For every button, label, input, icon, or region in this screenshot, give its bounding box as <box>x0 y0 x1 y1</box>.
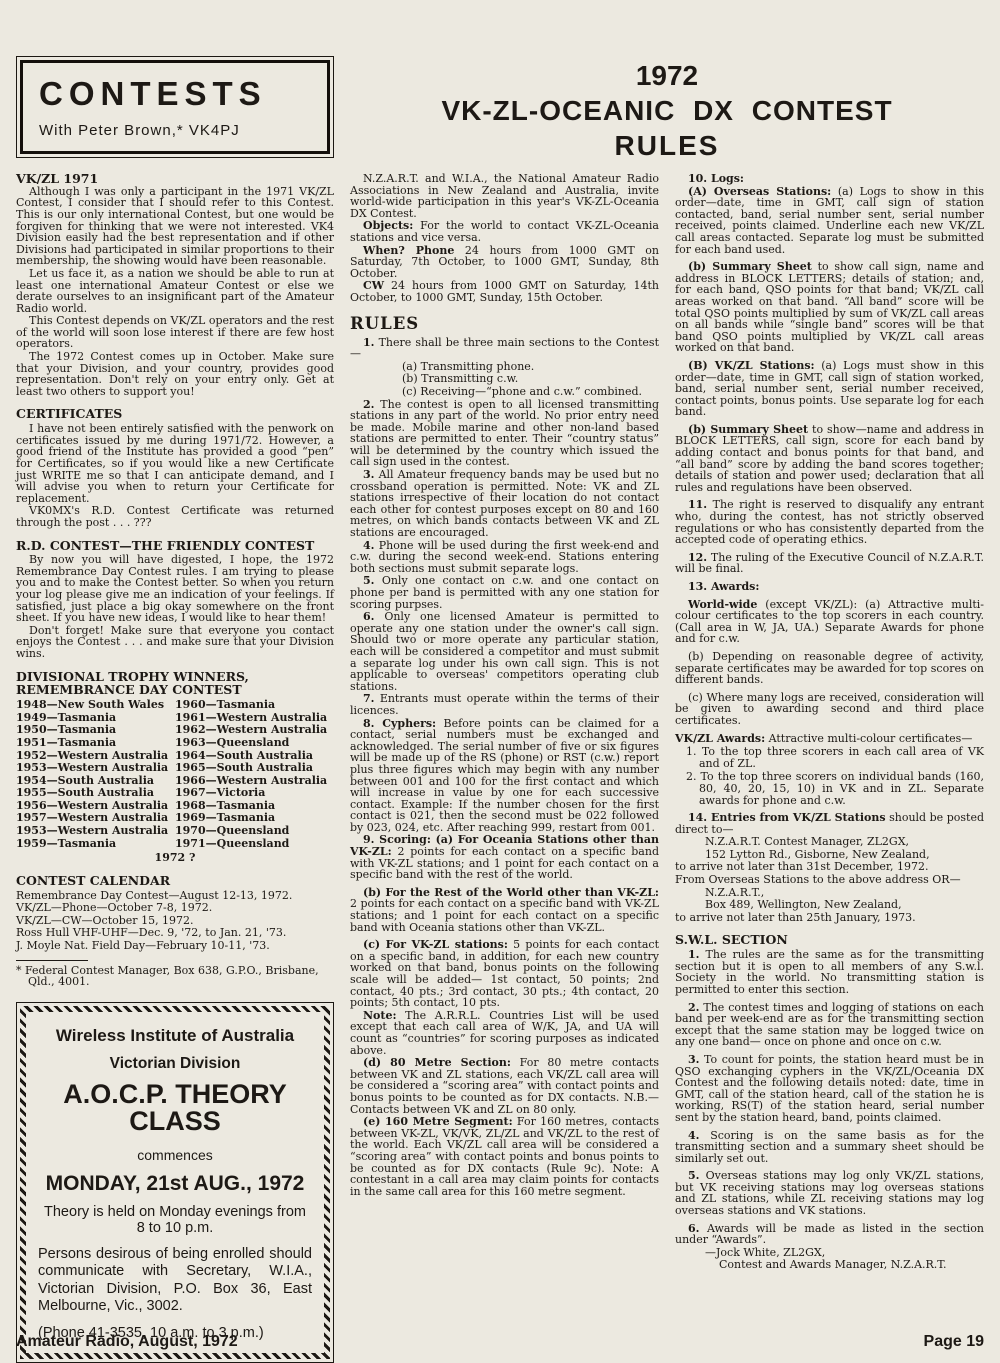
paragraph: VK0MX's R.D. Contest Certificate was ret… <box>16 505 334 528</box>
footer-page-number: Page 19 <box>924 1333 984 1351</box>
trophy-row: 1953—Western Australia1970—Queensland <box>16 825 334 837</box>
rule-paragraph: (b) Summary Sheet to show call sign, nam… <box>675 261 984 354</box>
trophy-winners-heading-line1: DIVISIONAL TROPHY WINNERS, <box>16 670 334 684</box>
right-column: 10. Logs: (A) Overseas Stations: (a) Log… <box>675 173 984 1272</box>
rule-paragraph: Note: The A.R.R.L. Countries List will b… <box>350 1010 659 1056</box>
calendar-item: VK/ZL—Phone—October 7-8, 1972. <box>16 902 334 914</box>
paragraph-text: N.Z.A.R.T. and W.I.A., the National Amat… <box>350 172 659 220</box>
page-columns: CONTESTS With Peter Brown,* VK4PJ VK/ZL … <box>0 0 1000 1363</box>
rule-paragraph: (c) Where many logs are received, consid… <box>675 692 984 727</box>
paragraph: I have not been entirely satisfied with … <box>16 423 334 504</box>
address-line: to arrive not later than 31st December, … <box>675 861 984 873</box>
address-line: to arrive not later than 25th January, 1… <box>675 912 984 924</box>
paragraph: Objects: For the world to contact VK-ZL-… <box>350 220 659 243</box>
rule-text: For 160 metres, contacts between VK-ZL, … <box>350 1115 659 1198</box>
rule-number: 13. Awards: <box>688 580 759 593</box>
article-title-year: 1972 <box>350 58 984 93</box>
theory-class-ad-inner: Wireless Institute of Australia Victoria… <box>20 1006 330 1359</box>
rule-paragraph: (A) Overseas Stations: (a) Logs to show … <box>675 186 984 256</box>
theory-class-advertisement: Wireless Institute of Australia Victoria… <box>16 1002 334 1363</box>
rule-paragraph: 12. The ruling of the Executive Council … <box>675 552 984 575</box>
rule-paragraph: World-wide (except VK/ZL): (a) Attractiv… <box>675 599 984 645</box>
trophy-cell: 1967—Victoria <box>175 787 334 799</box>
page-footer: Amateur Radio, August, 1972 Page 19 <box>16 1333 984 1351</box>
trophy-cell: 1963—Queensland <box>175 737 334 749</box>
swl-paragraph: 2. The contest times and logging of stat… <box>675 1002 984 1048</box>
rule-text: Only one contact on c.w. and one contact… <box>350 574 659 610</box>
trophy-cell: 1962—Western Australia <box>175 724 334 736</box>
footnote-divider <box>16 960 88 961</box>
paragraph: The 1972 Contest comes up in October. Ma… <box>16 351 334 397</box>
contest-calendar-list: Remembrance Day Contest—August 12-13, 19… <box>16 890 334 952</box>
rule-text: to show—name and address in BLOCK LETTER… <box>675 423 984 494</box>
ad-title: A.O.C.P. THEORY CLASS <box>38 1081 312 1135</box>
rule-paragraph: From Overseas Stations to the above addr… <box>675 874 984 886</box>
article-columns: N.Z.A.R.T. and W.I.A., the National Amat… <box>350 173 984 1272</box>
calendar-item: Ross Hull VHF-UHF—Dec. 9, '72, to Jan. 2… <box>16 927 334 939</box>
trophy-cell: 1971—Queensland <box>175 838 334 850</box>
article-title-rules: RULES <box>350 128 984 163</box>
trophy-cell: 1969—Tasmania <box>175 812 334 824</box>
trophy-cell: 1952—Western Australia <box>16 750 175 762</box>
paragraph: Let us face it, as a nation we should be… <box>16 268 334 314</box>
trophy-cell: 1949—Tasmania <box>16 712 175 724</box>
trophy-cell: 1964—South Australia <box>175 750 334 762</box>
awards-list-item: 1. To the top three scorers in each call… <box>675 746 984 769</box>
contest-calendar-heading: CONTEST CALENDAR <box>16 874 334 888</box>
rule-text: 5 points for each contact on a specific … <box>350 938 659 1009</box>
trophy-winners-heading: DIVISIONAL TROPHY WINNERS, REMEMBRANCE D… <box>16 670 334 698</box>
rule-text: The contest is open to all licensed tran… <box>350 398 659 469</box>
signature-line: Contest and Awards Manager, N.Z.A.R.T. <box>675 1259 984 1271</box>
rule-text: (c) Where many logs are received, consid… <box>675 691 984 727</box>
rule-paragraph: (e) 160 Metre Segment: For 160 metres, c… <box>350 1116 659 1197</box>
rule-paragraph: 3. All Amateur frequency bands may be us… <box>350 469 659 539</box>
rule-paragraph: (B) VK/ZL Stations: (a) Logs must show i… <box>675 360 984 418</box>
calendar-item: J. Moyle Nat. Field Day—February 10-11, … <box>16 940 334 952</box>
contests-masthead-inner: CONTESTS With Peter Brown,* VK4PJ <box>20 60 330 154</box>
rule-paragraph: VK/ZL Awards: Attractive multi-colour ce… <box>675 733 984 745</box>
article-title-main: VK-ZL-OCEANIC DX CONTEST <box>350 93 984 128</box>
trophy-cell: 1970—Queensland <box>175 825 334 837</box>
trophy-cell: 1948—New South Wales <box>16 699 175 711</box>
rule-subitem: (b) Transmitting c.w. <box>350 373 659 385</box>
rule-subitem: (c) Receiving—“phone and c.w.” combined. <box>350 386 659 398</box>
paragraph: CW 24 hours from 1000 GMT on Saturday, 1… <box>350 280 659 303</box>
calendar-item: Remembrance Day Contest—August 12-13, 19… <box>16 890 334 902</box>
footnote: * Federal Contest Manager, Box 638, G.P.… <box>16 965 334 988</box>
rule-text: 2 points for each contact on a specific … <box>350 897 659 933</box>
trophy-cell: 1966—Western Australia <box>175 775 334 787</box>
trophy-row: 1951—Tasmania1963—Queensland <box>16 737 334 749</box>
swl-section-heading: S.W.L. SECTION <box>675 933 984 947</box>
column-title: CONTESTS <box>39 77 317 110</box>
left-column: CONTESTS With Peter Brown,* VK4PJ VK/ZL … <box>16 56 334 1363</box>
trophy-winners-heading-line2: REMEMBRANCE DAY CONTEST <box>16 683 334 697</box>
rule-paragraph: 5. Only one contact on c.w. and one cont… <box>350 575 659 610</box>
address-line: 152 Lytton Rd., Gisborne, New Zealand, <box>675 849 984 861</box>
rule-paragraph: 7. Entrants must operate within the term… <box>350 693 659 716</box>
swl-paragraph: 3. To count for points, the station hear… <box>675 1054 984 1124</box>
trophy-cell: 1953—Western Australia <box>16 825 175 837</box>
rule-text: The right is reserved to disqualify any … <box>675 498 984 546</box>
rule-subitem: (a) Transmitting phone. <box>350 361 659 373</box>
calendar-item: VK/ZL—CW—October 15, 1972. <box>16 915 334 927</box>
trophy-cell: 1954—South Australia <box>16 775 175 787</box>
paragraph: By now you will have digested, I hope, t… <box>16 554 334 624</box>
trophy-row: 1957—Western Australia1969—Tasmania <box>16 812 334 824</box>
footer-publication: Amateur Radio, August, 1972 <box>16 1333 238 1351</box>
rule-text: Phone will be used during the first week… <box>350 539 659 575</box>
rule-number: 1. <box>363 336 374 349</box>
trophy-winners-list: 1948—New South Wales1960—Tasmania 1949—T… <box>16 699 334 864</box>
rule-paragraph: (b) Summary Sheet to show—name and addre… <box>675 424 984 494</box>
ad-enrolment-info: Persons desirous of being enrolled shoul… <box>38 1246 312 1316</box>
swl-paragraph: 6. Awards will be made as listed in the … <box>675 1223 984 1246</box>
address-line: N.Z.A.R.T. Contest Manager, ZL2GX, <box>675 836 984 848</box>
swl-paragraph: 5. Overseas stations may log only VK/ZL … <box>675 1170 984 1216</box>
trophy-row: 1949—Tasmania1961—Western Australia <box>16 712 334 724</box>
rule-text: There shall be three main sections to th… <box>350 336 659 361</box>
paragraph: This Contest depends on VK/ZL operators … <box>16 315 334 350</box>
ad-commences: commences <box>38 1147 312 1163</box>
address-line: N.Z.A.R.T., <box>675 887 984 899</box>
rule-paragraph: (b) For the Rest of the World other than… <box>350 887 659 933</box>
rule-paragraph: 6. Only one licensed Amateur is permitte… <box>350 611 659 692</box>
trophy-cell: 1959—Tasmania <box>16 838 175 850</box>
rule-text: Awards will be made as listed in the sec… <box>675 1222 984 1247</box>
rule-text: (a) Logs to show in this order—date, tim… <box>675 185 984 256</box>
trophy-row: 1956—Western Australia1968—Tasmania <box>16 800 334 812</box>
rule-number: 10. Logs: <box>688 172 744 185</box>
rule-text: From Overseas Stations to the above addr… <box>675 873 961 886</box>
section-heading-vkzl: VK/ZL 1971 <box>16 172 334 186</box>
rule-paragraph: 9. Scoring: (a) For Oceania Stations oth… <box>350 834 659 880</box>
trophy-cell: 1960—Tasmania <box>175 699 334 711</box>
trophy-cell: 1968—Tasmania <box>175 800 334 812</box>
rule-paragraph: 2. The contest is open to all licensed t… <box>350 399 659 469</box>
trophy-cell: 1953—Western Australia <box>16 762 175 774</box>
paragraph: When? Phone 24 hours from 1000 GMT on Sa… <box>350 245 659 280</box>
signature-line: —Jock White, ZL2GX, <box>675 1247 984 1259</box>
rule-paragraph: 10. Logs: <box>675 173 984 185</box>
ad-division: Victorian Division <box>38 1055 312 1073</box>
rule-text: The contest times and logging of station… <box>675 1001 984 1049</box>
trophy-cell: 1950—Tasmania <box>16 724 175 736</box>
rule-text: The ruling of the Executive Council of N… <box>675 551 984 576</box>
contests-masthead-box: CONTESTS With Peter Brown,* VK4PJ <box>16 56 334 158</box>
rule-text: to show call sign, name and address in B… <box>675 260 984 354</box>
rule-paragraph: 11. The right is reserved to disqualify … <box>675 499 984 545</box>
rule-paragraph: 1. There shall be three main sections to… <box>350 337 659 360</box>
trophy-row: 1952—Western Australia1964—South Austral… <box>16 750 334 762</box>
rule-text: 2 points for each contact on a specific … <box>350 845 659 881</box>
column-byline: With Peter Brown,* VK4PJ <box>39 122 317 139</box>
paragraph: Don't forget! Make sure that everyone yo… <box>16 625 334 660</box>
rule-text: The A.R.R.L. Countries List will be used… <box>350 1009 659 1057</box>
article-title: 1972 VK-ZL-OCEANIC DX CONTEST RULES <box>350 58 984 163</box>
trophy-row: 1953—Western Australia1965—South Austral… <box>16 762 334 774</box>
rule-number: VK/ZL Awards: <box>675 732 765 745</box>
rule-text: Overseas stations may log only VK/ZL sta… <box>675 1169 984 1217</box>
rule-paragraph: 4. Phone will be used during the first w… <box>350 540 659 575</box>
paragraph: Although I was only a participant in the… <box>16 186 334 267</box>
rule-text: Before points can be claimed for a conta… <box>350 717 659 834</box>
paragraph: N.Z.A.R.T. and W.I.A., the National Amat… <box>350 173 659 219</box>
rule-text: The rules are the same as for the transm… <box>675 948 984 996</box>
ad-schedule: Theory is held on Monday evenings from 8… <box>38 1204 312 1237</box>
trophy-cell: 1951—Tasmania <box>16 737 175 749</box>
rule-text: Attractive multi-colour certificates— <box>765 732 972 745</box>
address-line: Box 489, Wellington, New Zealand, <box>675 899 984 911</box>
rule-paragraph: (c) For VK-ZL stations: 5 points for eac… <box>350 939 659 1009</box>
section-heading-certificates: CERTIFICATES <box>16 407 334 421</box>
rule-paragraph: (d) 80 Metre Section: For 80 metre conta… <box>350 1057 659 1115</box>
trophy-row: 1948—New South Wales1960—Tasmania <box>16 699 334 711</box>
rule-text: Scoring is on the same basis as for the … <box>675 1129 984 1165</box>
rule-text: To count for points, the station heard m… <box>675 1053 984 1124</box>
trophy-row: 1955—South Australia1967—Victoria <box>16 787 334 799</box>
rule-paragraph: 13. Awards: <box>675 581 984 593</box>
section-heading-rd-contest: R.D. CONTEST—THE FRIENDLY CONTEST <box>16 539 334 553</box>
trophy-cell: 1956—Western Australia <box>16 800 175 812</box>
rule-paragraph: 14. Entries from VK/ZL Stations should b… <box>675 812 984 835</box>
ad-org-name: Wireless Institute of Australia <box>38 1026 312 1046</box>
trophy-row: 1950—Tasmania1962—Western Australia <box>16 724 334 736</box>
ad-date: MONDAY, 21st AUG., 1972 <box>38 1172 312 1196</box>
trophy-cell: 1965—South Australia <box>175 762 334 774</box>
trophy-cell: 1957—Western Australia <box>16 812 175 824</box>
rule-text: Entrants must operate within the terms o… <box>350 692 659 717</box>
trophy-row: 1954—South Australia1966—Western Austral… <box>16 775 334 787</box>
swl-paragraph: 4. Scoring is on the same basis as for t… <box>675 1130 984 1165</box>
trophy-cell: 1955—South Australia <box>16 787 175 799</box>
rule-text: (b) Depending on reasonable degree of ac… <box>675 650 984 686</box>
rule-text: Only one licensed Amateur is permitted t… <box>350 610 659 693</box>
rule-paragraph: (b) Depending on reasonable degree of ac… <box>675 651 984 686</box>
trophy-1972-question: 1972 ? <box>16 852 334 864</box>
rule-paragraph: 8. Cyphers: Before points can be claimed… <box>350 718 659 834</box>
paragraph-text: 24 hours from 1000 GMT on Saturday, 14th… <box>350 279 659 304</box>
awards-list-item: 2. To the top three scorers on individua… <box>675 771 984 806</box>
trophy-row: 1959—Tasmania1971—Queensland <box>16 838 334 850</box>
center-column: N.Z.A.R.T. and W.I.A., the National Amat… <box>350 173 659 1272</box>
magazine-page: CONTESTS With Peter Brown,* VK4PJ VK/ZL … <box>0 0 1000 1363</box>
trophy-cell: 1961—Western Australia <box>175 712 334 724</box>
rule-text: All Amateur frequency bands may be used … <box>350 468 659 539</box>
rules-heading: RULES <box>350 314 659 333</box>
article-area: 1972 VK-ZL-OCEANIC DX CONTEST RULES N.Z.… <box>350 56 984 1363</box>
swl-paragraph: 1. The rules are the same as for the tra… <box>675 949 984 995</box>
